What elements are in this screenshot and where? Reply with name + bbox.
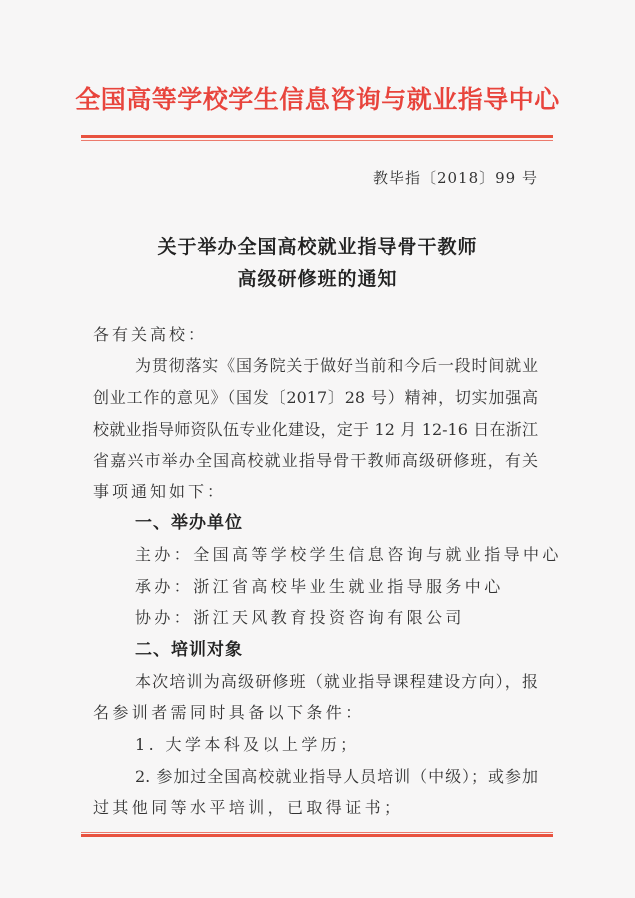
paragraph-line: 校就业指导师资队伍专业化建设，定于 12 月 12-16 日在浙江 [93, 420, 538, 440]
organizer-undertaker: 承办：浙江省高校毕业生就业指导服务中心 [135, 577, 538, 597]
section-heading-trainees: 二、培训对象 [135, 640, 538, 660]
notice-title-line-1: 关于举办全国高校就业指导骨干教师 [0, 232, 635, 259]
requirement-1: 1. 大学本科及以上学历； [135, 735, 538, 755]
document-page: 全国高等学校学生信息咨询与就业指导中心 教毕指〔2018〕99 号 关于举办全国… [0, 0, 635, 898]
paragraph-line: 创业工作的意见》（国发〔2017〕28 号）精神，切实加强高 [93, 388, 538, 408]
organizer-co-organizer: 协办：浙江天风教育投资咨询有限公司 [135, 608, 538, 628]
document-number: 教毕指〔2018〕99 号 [373, 167, 538, 188]
section-heading-organizers: 一、举办单位 [135, 513, 538, 533]
paragraph-line: 省嘉兴市举办全国高校就业指导骨干教师高级研修班，有关 [93, 451, 538, 471]
notice-title-line-2: 高级研修班的通知 [0, 264, 635, 291]
paragraph-line: 本次培训为高级研修班（就业指导课程建设方向），报 [135, 672, 538, 692]
letterhead-top-rule [81, 135, 553, 141]
requirement-2-continued: 过其他同等水平培训，已取得证书； [93, 798, 538, 818]
paragraph-line: 事项通知如下： [93, 482, 538, 502]
paragraph-line: 名参训者需同时具备以下条件： [93, 703, 538, 723]
requirement-2: 2. 参加过全国高校就业指导人员培训（中级）；或参加 [135, 767, 538, 787]
paragraph-line: 为贯彻落实《国务院关于做好当前和今后一段时间就业 [135, 356, 538, 376]
letterhead-org-name: 全国高等学校学生信息咨询与就业指导中心 [0, 80, 635, 116]
organizer-host: 主办：全国高等学校学生信息咨询与就业指导中心 [135, 545, 538, 565]
bottom-rule [81, 832, 553, 837]
salutation: 各有关高校： [93, 325, 538, 345]
